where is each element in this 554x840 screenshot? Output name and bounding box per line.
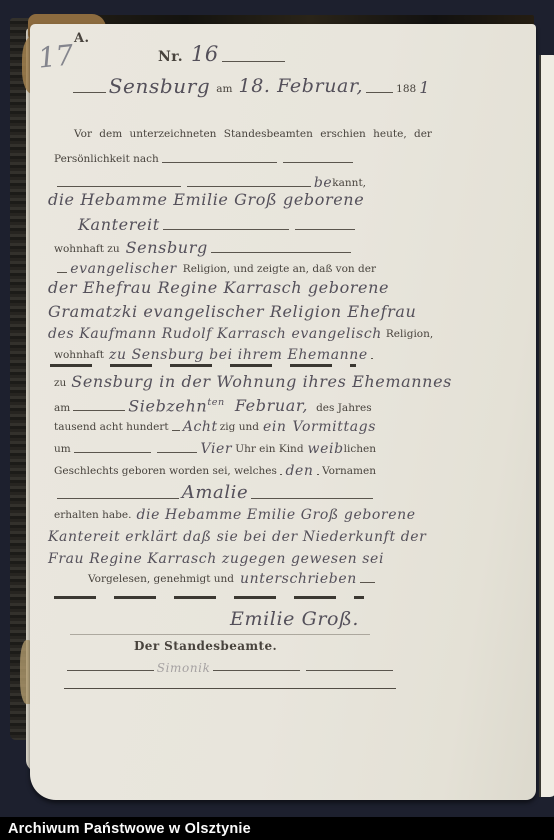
printed-vornamen: Vornamen (322, 466, 376, 478)
child-first-name: Amalie (182, 484, 249, 502)
article-den: den (285, 464, 313, 478)
year-word-ein: ein (263, 420, 287, 434)
section-separator (54, 596, 364, 599)
ruled-line (187, 184, 311, 187)
printed-vorgelesen: Vorgelesen, genehmigt und (88, 574, 234, 586)
ruled-line (162, 160, 277, 163)
ruled-line (157, 450, 197, 453)
ruled-line (283, 160, 353, 163)
declarant-residence: Sensburg (126, 240, 208, 256)
ruled-line (360, 580, 375, 583)
sex-word-hw: weib (308, 442, 344, 456)
ruled-line (317, 472, 320, 475)
printed-uhr-ein-kind: Uhr ein Kind (235, 444, 303, 456)
printed-am-birth: am (54, 403, 70, 415)
ruled-line (306, 668, 393, 671)
ruled-line (73, 90, 106, 93)
ruled-line (163, 227, 289, 230)
ruled-line (73, 408, 125, 411)
birth-month: Februar, (235, 398, 308, 414)
closing-statement-line2: Kantereit erklärt daß sie bei der Nieder… (48, 530, 426, 544)
parents-residence: zu Sensburg bei ihrem Ehemanne (109, 348, 368, 362)
ruled-line (366, 90, 393, 93)
bottom-rule (64, 688, 396, 689)
birth-day: Siebzehnten (128, 398, 225, 414)
declarant-name-line: die Hebamme Emilie Groß geborene (48, 192, 364, 208)
printed-wohnhaft-zu: wohnhaft zu (54, 244, 120, 256)
printed-des-jahres: des Jahres (316, 403, 372, 415)
document-page: A. 17 Nr. 16 Sensburg am 18. Februar, 18… (30, 24, 536, 800)
ruled-line (280, 472, 283, 475)
ruled-line (57, 184, 181, 187)
declarant-religion: evangelischer (70, 262, 177, 276)
birth-day-suffix: ten (207, 397, 225, 408)
birth-hour: Vier (200, 442, 232, 456)
record-number-label: Nr. (158, 50, 183, 65)
adjacent-page-edge (539, 55, 554, 797)
section-separator (50, 364, 356, 367)
printed-personality: Persönlichkeit nach (54, 154, 159, 166)
printed-wohnhaft: wohnhaft (54, 350, 104, 362)
ruled-line (295, 227, 355, 230)
ruled-line (67, 668, 154, 671)
year-word-hw: Acht (183, 420, 218, 434)
signature-ruled-line (70, 634, 370, 635)
printed-geschlechts: Geschlechts geboren worden sei, welches (54, 466, 277, 478)
daytime-word: Vormittags (293, 420, 376, 434)
printed-am: am (216, 84, 232, 96)
ruled-line (213, 668, 300, 671)
ruled-line (57, 270, 67, 273)
ruled-line (251, 496, 373, 499)
registrar-label: Der Standesbeamte. (134, 640, 277, 653)
mother-name-line: der Ehefrau Regine Karrasch geborene (48, 280, 389, 296)
ruled-line (172, 428, 180, 431)
ruled-line (211, 250, 351, 253)
printed-religion-clause: Religion, und zeigte an, daß von der (183, 264, 376, 276)
archive-name-text: Archiwum Państwowe w Olsztynie (0, 821, 251, 837)
mother-maiden-religion-line: Gramatzki evangelischer Religion Ehefrau (48, 304, 416, 320)
father-name-line: des Kaufmann Rudolf Karrasch evangelisch (48, 327, 382, 341)
archive-watermark-bar: Archiwum Państwowe w Olsztynie (0, 817, 554, 840)
printed-zig-und: zig und (220, 422, 259, 434)
record-number-value: 16 (191, 44, 219, 65)
printed-um: um (54, 444, 71, 456)
form-intro-text: Vor dem unterzeichneten Standesbeamten e… (74, 129, 432, 141)
declarant-signature: Emilie Groß. (230, 610, 359, 629)
closing-statement-line3: Frau Regine Karrasch zugegen gewesen sei (48, 552, 384, 566)
registrar-signature: Simonik (157, 662, 211, 674)
printed-lichen: lichen (344, 444, 376, 456)
printed-year-prefix: 188 (396, 84, 416, 96)
ruled-line (222, 59, 285, 62)
ruled-line (371, 356, 373, 359)
printed-tausend: tausend acht hundert (54, 422, 169, 434)
ruled-line (74, 450, 152, 453)
handwritten-be: be (314, 176, 332, 190)
hw-unterschrieben: unterschrieben (240, 572, 357, 586)
birth-place-line: Sensburg in der Wohnung ihres Ehemannes (71, 374, 452, 390)
printed-religion2: Religion, (386, 329, 433, 341)
closing-declarant-line: die Hebamme Emilie Groß geborene (136, 508, 415, 522)
record-place: Sensburg (109, 76, 211, 96)
record-date: 18. Februar, (239, 77, 364, 96)
printed-zu: zu (54, 378, 66, 390)
handwritten-year-digit: 1 (419, 80, 430, 96)
printed-erhalten-habe: erhalten habe. (54, 510, 131, 522)
pencil-folio-number: 17 (36, 38, 75, 75)
form-corner-letter: A. (74, 32, 89, 46)
printed-kannt: kannt, (332, 178, 366, 190)
scanned-register-photo: A. 17 Nr. 16 Sensburg am 18. Februar, 18… (0, 0, 554, 840)
declarant-maiden-name: Kantereit (78, 217, 160, 233)
ruled-line (57, 496, 179, 499)
